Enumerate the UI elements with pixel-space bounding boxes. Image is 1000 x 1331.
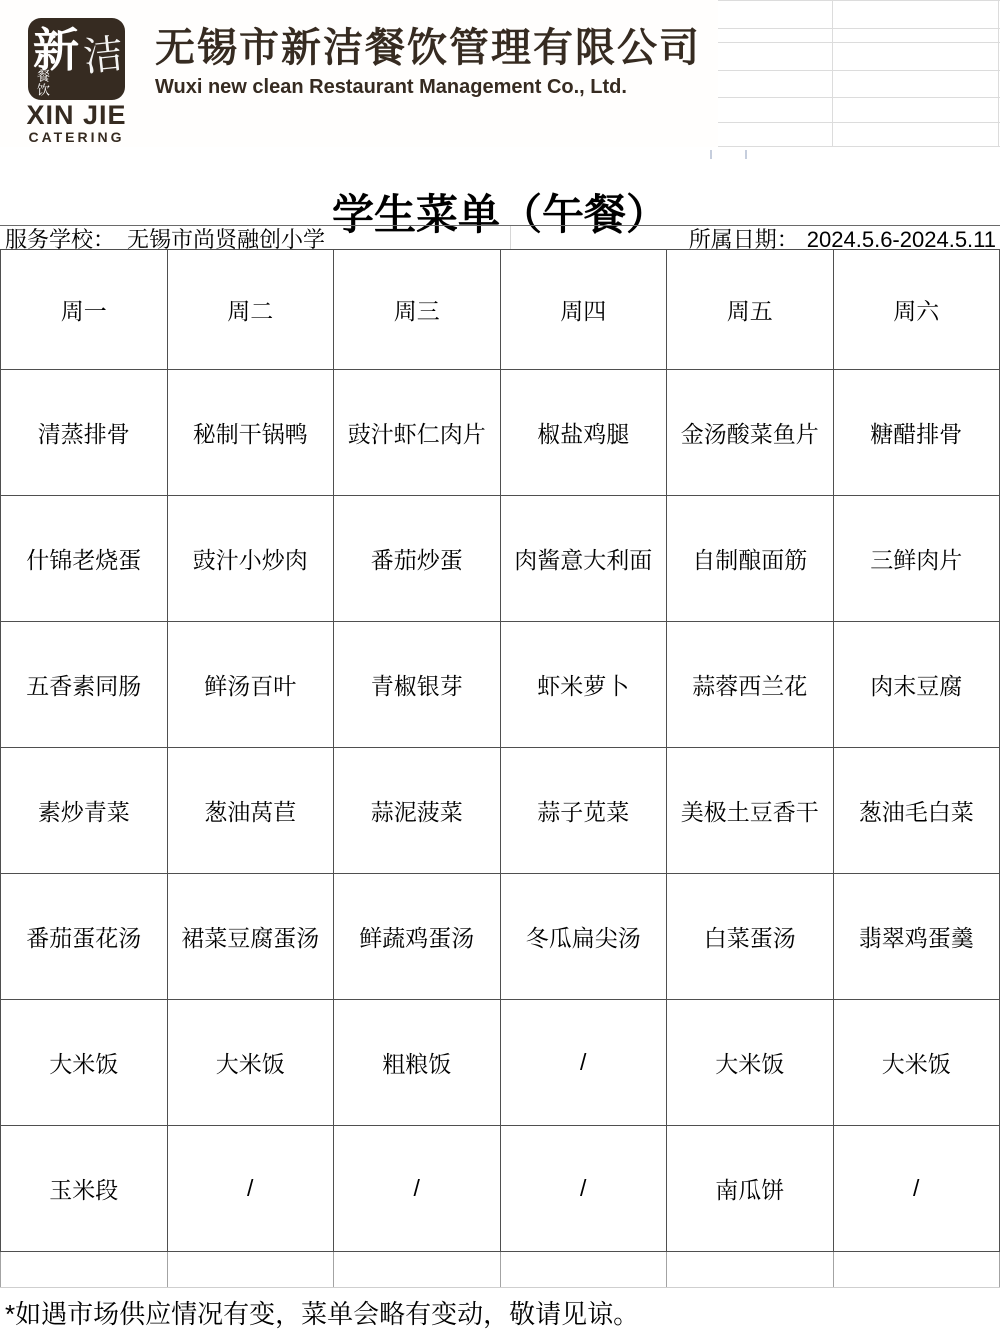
dish-cell: 青椒银芽 — [334, 622, 501, 748]
info-row: 服务学校：无锡市尚贤融创小学 所属日期：2024.5.6-2024.5.11 — [0, 225, 1000, 250]
dish-cell: 鲜蔬鸡蛋汤 — [334, 874, 501, 1000]
empty-cell — [833, 1252, 1000, 1288]
dish-cell: / — [167, 1126, 334, 1252]
day-header-cell: 周四 — [500, 250, 667, 370]
dish-cell: 什锦老烧蛋 — [1, 496, 168, 622]
cell-edge-tick — [710, 150, 712, 159]
menu-table: 周一 周二 周三 周四 周五 周六 清蒸排骨 秘制干锅鸭 豉汁虾仁肉片 椒盐鸡腿… — [0, 249, 1000, 1288]
dish-cell: 葱油毛白菜 — [833, 748, 1000, 874]
date-range-value: 2024.5.6-2024.5.11 — [807, 227, 996, 252]
empty-cell — [167, 1252, 334, 1288]
dish-cell: 白菜蛋汤 — [667, 874, 834, 1000]
company-logo-seal: 新 洁 餐饮 — [28, 18, 125, 100]
dish-cell: 五香素同肠 — [1, 622, 168, 748]
menu-row-half-meat: 什锦老烧蛋 豉汁小炒肉 番茄炒蛋 肉酱意大利面 自制酿面筋 三鲜肉片 — [1, 496, 1000, 622]
dish-cell: 大米饭 — [1, 1000, 168, 1126]
info-cell-divider — [510, 226, 511, 249]
dish-cell: 翡翠鸡蛋羹 — [833, 874, 1000, 1000]
dish-cell: 裙菜豆腐蛋汤 — [167, 874, 334, 1000]
dish-cell: 玉米段 — [1, 1126, 168, 1252]
cell-edge-tick — [745, 150, 747, 159]
dish-cell: 清蒸排骨 — [1, 370, 168, 496]
dish-cell: 肉酱意大利面 — [500, 496, 667, 622]
dish-cell: 虾米萝卜 — [500, 622, 667, 748]
logo-latin-text: XIN JIE CATERING — [8, 101, 145, 145]
dish-cell: / — [500, 1000, 667, 1126]
dish-cell: 冬瓜扁尖汤 — [500, 874, 667, 1000]
menu-row-vegetable-2: 素炒青菜 葱油莴苣 蒜泥菠菜 蒜子苋菜 美极土豆香干 葱油毛白菜 — [1, 748, 1000, 874]
service-school-label: 服务学校： — [5, 227, 115, 252]
day-header-cell: 周五 — [667, 250, 834, 370]
menu-empty-row — [1, 1252, 1000, 1288]
day-header-cell: 周一 — [1, 250, 168, 370]
dish-cell: 蒜泥菠菜 — [334, 748, 501, 874]
dish-cell: / — [334, 1126, 501, 1252]
dish-cell: 椒盐鸡腿 — [500, 370, 667, 496]
dish-cell: 秘制干锅鸭 — [167, 370, 334, 496]
day-header-cell: 周三 — [334, 250, 501, 370]
dish-cell: 豉汁虾仁肉片 — [334, 370, 501, 496]
dish-cell: 糖醋排骨 — [833, 370, 1000, 496]
logo-char-jie: 洁 — [80, 22, 125, 83]
dish-cell: 大米饭 — [167, 1000, 334, 1126]
empty-cell — [1, 1252, 168, 1288]
logo-latin-name: XIN JIE — [8, 101, 145, 129]
dish-cell: / — [833, 1126, 1000, 1252]
logo-chars-canyin: 餐饮 — [35, 69, 49, 97]
dish-cell: 金汤酸菜鱼片 — [667, 370, 834, 496]
menu-row-snack: 玉米段 / / / 南瓜饼 / — [1, 1126, 1000, 1252]
dish-cell: 番茄蛋花汤 — [1, 874, 168, 1000]
spreadsheet-gridlines — [718, 0, 1000, 147]
company-name-cn: 无锡市新洁餐饮管理有限公司 — [155, 16, 710, 73]
dish-cell: 蒜蓉西兰花 — [667, 622, 834, 748]
service-school-value: 无锡市尚贤融创小学 — [127, 227, 325, 252]
dish-cell: 大米饭 — [667, 1000, 834, 1126]
dish-cell: 自制酿面筋 — [667, 496, 834, 622]
menu-row-vegetable-1: 五香素同肠 鲜汤百叶 青椒银芽 虾米萝卜 蒜蓉西兰花 肉末豆腐 — [1, 622, 1000, 748]
company-name-en: Wuxi new clean Restaurant Management Co.… — [155, 76, 710, 99]
company-name-block: 无锡市新洁餐饮管理有限公司 Wuxi new clean Restaurant … — [155, 16, 710, 99]
dish-cell: 葱油莴苣 — [167, 748, 334, 874]
dish-cell: 豉汁小炒肉 — [167, 496, 334, 622]
date-range-label: 所属日期： — [689, 227, 799, 252]
dish-cell: 素炒青菜 — [1, 748, 168, 874]
dish-cell: 鲜汤百叶 — [167, 622, 334, 748]
dish-cell: 三鲜肉片 — [833, 496, 1000, 622]
menu-header-row: 周一 周二 周三 周四 周五 周六 — [1, 250, 1000, 370]
dish-cell: 蒜子苋菜 — [500, 748, 667, 874]
day-header-cell: 周二 — [167, 250, 334, 370]
logo-latin-subtitle: CATERING — [8, 129, 145, 145]
empty-cell — [334, 1252, 501, 1288]
dish-cell: 大米饭 — [833, 1000, 1000, 1126]
menu-row-meat: 清蒸排骨 秘制干锅鸭 豉汁虾仁肉片 椒盐鸡腿 金汤酸菜鱼片 糖醋排骨 — [1, 370, 1000, 496]
empty-cell — [667, 1252, 834, 1288]
dish-cell: 肉末豆腐 — [833, 622, 1000, 748]
dish-cell: 南瓜饼 — [667, 1126, 834, 1252]
menu-row-rice: 大米饭 大米饭 粗粮饭 / 大米饭 大米饭 — [1, 1000, 1000, 1126]
empty-cell — [500, 1252, 667, 1288]
dish-cell: / — [500, 1126, 667, 1252]
dish-cell: 美极土豆香干 — [667, 748, 834, 874]
company-header: 新 洁 餐饮 XIN JIE CATERING 无锡市新洁餐饮管理有限公司 Wu… — [0, 0, 718, 147]
dish-cell: 粗粮饭 — [334, 1000, 501, 1126]
day-header-cell: 周六 — [833, 250, 1000, 370]
menu-row-soup: 番茄蛋花汤 裙菜豆腐蛋汤 鲜蔬鸡蛋汤 冬瓜扁尖汤 白菜蛋汤 翡翠鸡蛋羹 — [1, 874, 1000, 1000]
dish-cell: 番茄炒蛋 — [334, 496, 501, 622]
footnote: *如遇市场供应情况有变，菜单会略有变动，敬请见谅。 — [0, 1293, 1000, 1331]
